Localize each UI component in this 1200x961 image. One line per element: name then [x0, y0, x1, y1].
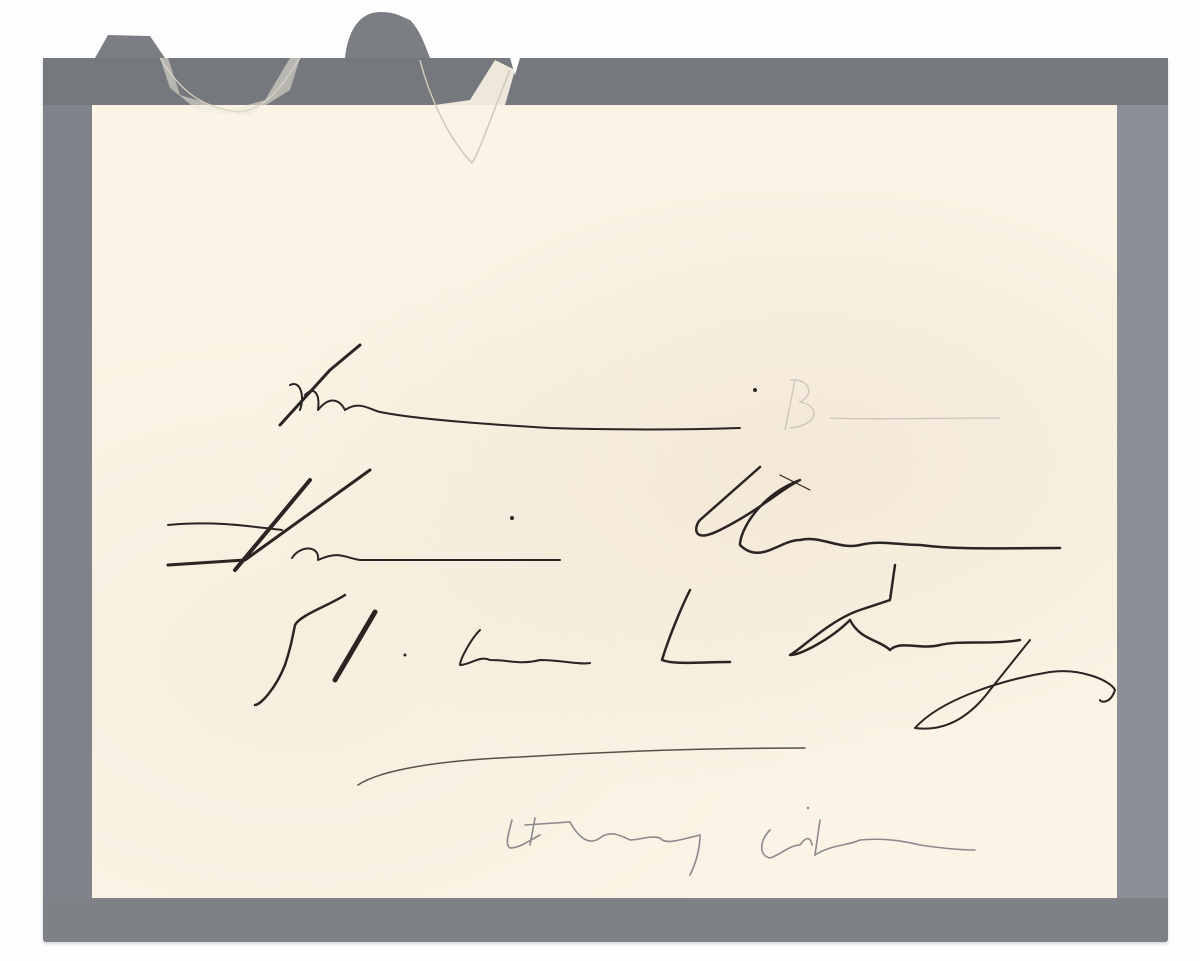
- handwritten-address: [0, 0, 1200, 961]
